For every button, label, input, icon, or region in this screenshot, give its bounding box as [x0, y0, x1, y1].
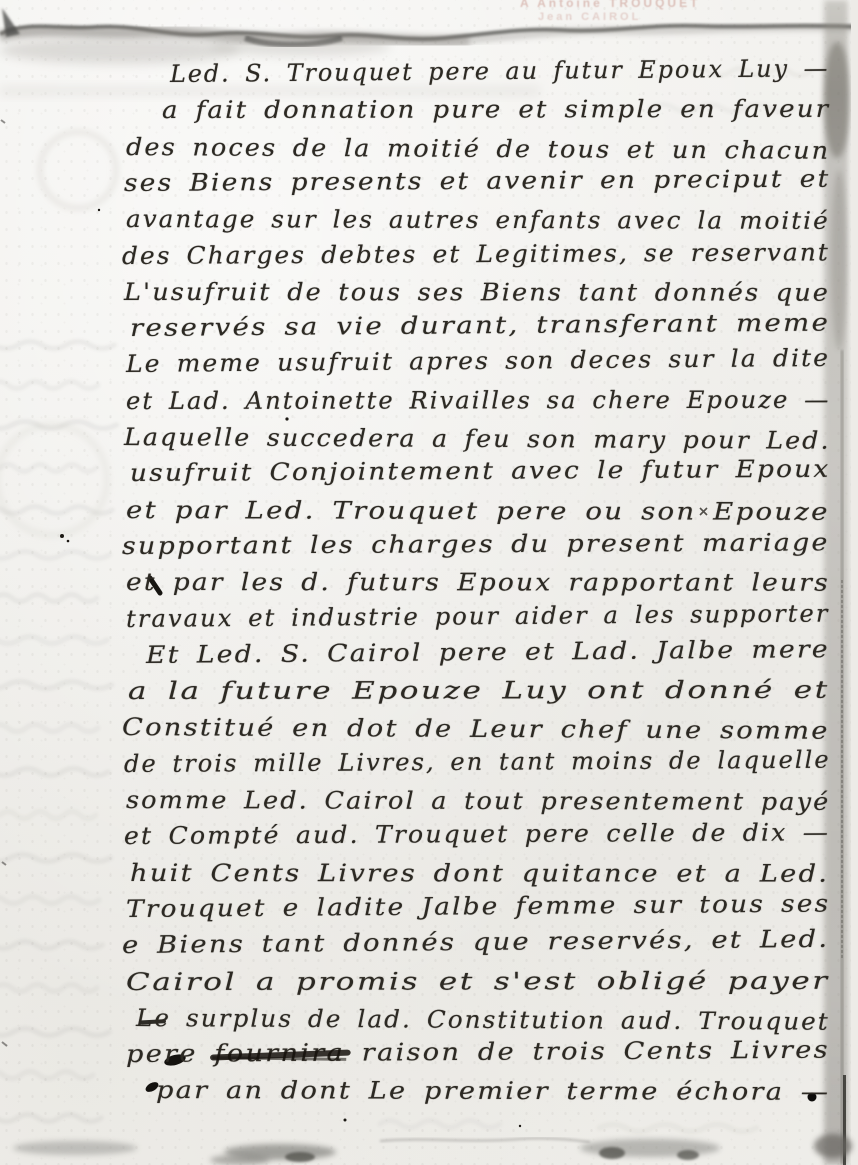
manuscript-line: travaux et industrie pour aider a les su… — [126, 595, 830, 637]
manuscript-line: ses Biens presents et avenir en preciput… — [124, 161, 831, 201]
watermark — [0, 132, 116, 535]
manuscript-lines: Led. S. Trouquet pere au futur Epoux Luy… — [122, 56, 834, 1116]
manuscript-line: et Lad. Antoinette Rivailles sa chere Ep… — [126, 381, 830, 418]
manuscript-line: par an dont Le premier terme échora — — [156, 1072, 830, 1110]
manuscript-line: usufruit Conjointement avec le futur Epo… — [130, 451, 831, 491]
manuscript-line: des Charges debtes et Legitimes, se rese… — [122, 234, 830, 274]
manuscript-line: et par Led. Trouquet pere ou son Epouze — [126, 492, 830, 530]
manuscript-line: a fait donnation pure et simple en faveu… — [162, 91, 830, 128]
manuscript-line: supportant les charges du present mariag… — [122, 524, 830, 564]
manuscript-line: Et Led. S. Cairol pere et Lad. Jalbe mer… — [146, 631, 830, 673]
struck-word: fournira — [214, 1039, 345, 1068]
manuscript-line: de trois mille Livres, en tant moins de … — [124, 741, 831, 781]
manuscript-line: Le meme usufruit apres son deces sur la … — [126, 340, 830, 382]
manuscript-line: avantage sur les autres enfants avec la … — [126, 201, 830, 239]
manuscript-line: Led. S. Trouquet pere au futur Epoux Luy… — [170, 50, 830, 92]
torn-bottom-edge — [13, 1134, 852, 1165]
scan-page: A Antoine TROUQUET Jean CAIROL — [0, 0, 858, 1165]
manuscript-line: et Compté aud. Trouquet pere celle de di… — [124, 815, 830, 855]
manuscript-line: pere fournira raison de trois Cents Livr… — [126, 1032, 830, 1072]
bleed-header-line1: A Antoine TROUQUET — [520, 0, 700, 10]
manuscript-line: e Biens tant donnés que reservés, et Led… — [122, 921, 830, 963]
bleed-header-line2: Jean CAIROL — [538, 11, 641, 23]
manuscript-line: a la future Epouze Luy ont donné et — [128, 672, 830, 709]
manuscript-line: Cairol a promis et s'est obligé payer — [126, 962, 830, 999]
manuscript-line: Trouquet e ladite Jalbe femme sur tous s… — [126, 885, 831, 927]
